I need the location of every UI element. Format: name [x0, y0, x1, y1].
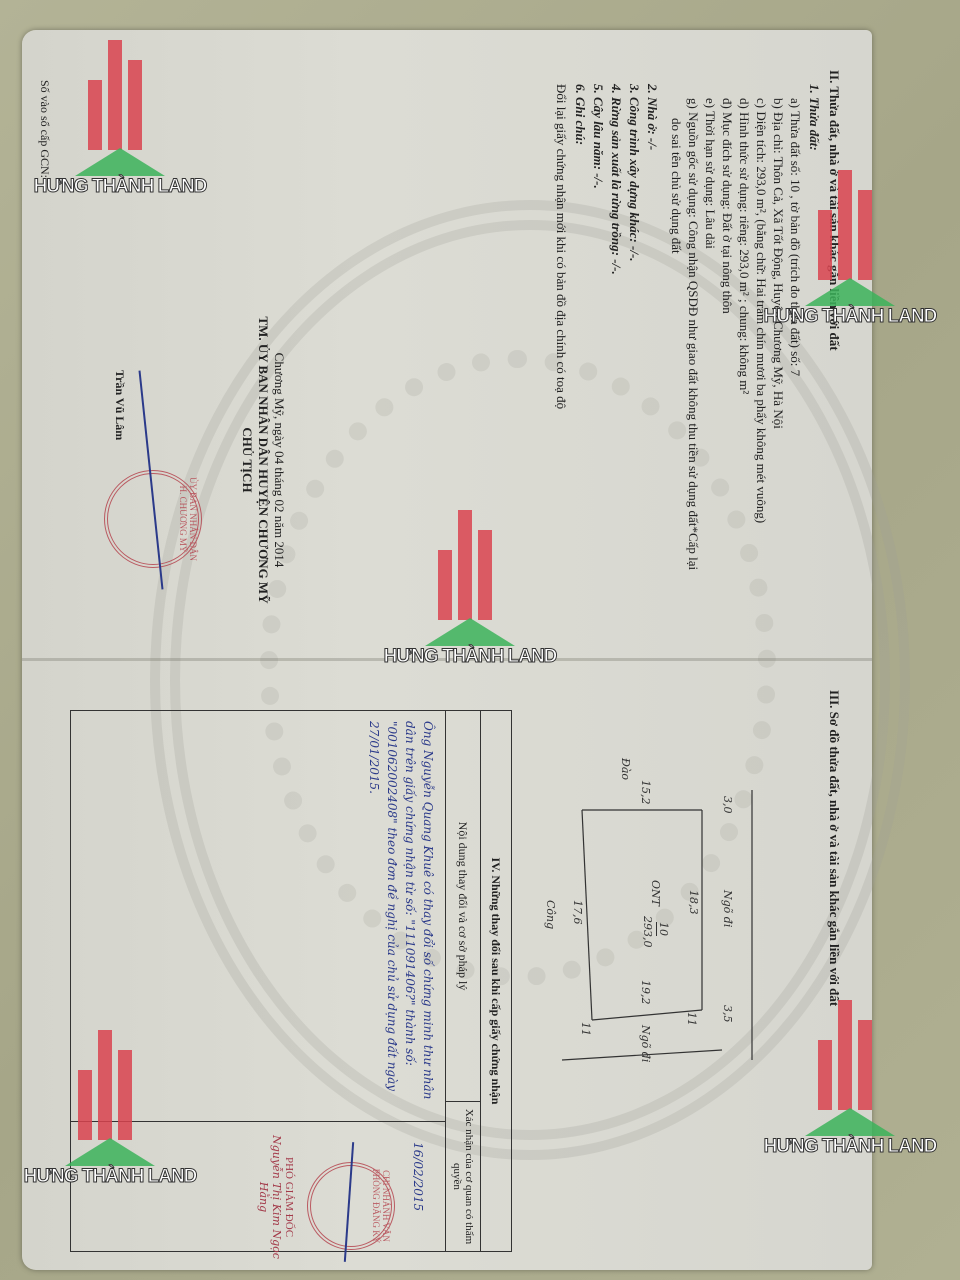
- parcel-lines: [562, 750, 782, 1070]
- usage-purpose: đ) Mục đích sử dụng: Đất ở tại nông thôn: [719, 70, 736, 630]
- signature-block: Chương Mỹ, ngày 04 tháng 02 năm 2014 TM.…: [239, 290, 287, 630]
- changes-table: IV. Những thay đổi sau khi cấp giấy chứn…: [70, 710, 512, 1252]
- section-3-4: III. Sơ đồ thửa đất, nhà ở và tài sản kh…: [52, 690, 842, 1250]
- issuing-org: TM. ỦY BAN NHÂN DÂN HUYỆN CHƯƠNG MỸ: [255, 290, 271, 630]
- section-3-title: III. Sơ đồ thửa đất, nhà ở và tài sản kh…: [826, 690, 842, 1250]
- signer-name: Trần Vũ Lâm: [112, 370, 127, 440]
- change-entry: Ông Nguyễn Quang Khuê có thay đổi số chứ…: [71, 711, 445, 1122]
- col-confirm-header: Xác nhận của cơ quan có thẩm quyền: [446, 1102, 480, 1251]
- edge-right: 19,2: [639, 980, 652, 1005]
- edge-top: 18,3: [687, 890, 700, 915]
- confirm-seal-text: CHI NHÁNH VĂN PHÒNG ĐĂNG KÝ: [371, 1169, 391, 1244]
- usage-form: d) Hình thức sử dụng: riêng: 293,0 m² ; …: [736, 70, 753, 630]
- neighbor-bottom: Công: [544, 900, 557, 929]
- road-width-left: 3,0: [721, 796, 734, 814]
- forest: 4. Rừng sản xuất là rừng trồng: -/-.: [608, 70, 624, 630]
- origin: g) Nguồn gốc sử dụng: Công nhận QSDĐ như…: [685, 70, 702, 630]
- usage-term: e) Thời hạn sử dụng: Lâu dài: [702, 70, 719, 630]
- corner-label-2: 11: [579, 1022, 592, 1036]
- confirmation-cell: 16/02/2015 CHI NHÁNH VĂN PHÒNG ĐĂNG KÝ P…: [71, 1122, 445, 1251]
- date-line: Chương Mỹ, ngày 04 tháng 02 năm 2014: [271, 290, 287, 630]
- road-width-right: 3,5: [721, 1005, 734, 1023]
- red-seal: ỦY BAN NHÂN DÂN H. CHƯƠNG MỸ: [104, 470, 202, 568]
- address: b) Địa chỉ: Thôn Cả, Xã Tốt Động, Huyện …: [770, 70, 787, 630]
- confirm-name: Nguyễn Thị Kim Ngọc Hằng: [257, 1132, 283, 1262]
- land-heading: 1. Thửa đất:: [806, 70, 822, 630]
- corner-label-1: 11: [685, 1012, 698, 1026]
- seal-text: ỦY BAN NHÂN DÂN H. CHƯƠNG MỸ: [178, 477, 198, 561]
- road-right: Ngõ đi: [639, 1025, 652, 1062]
- note: Đổi lại giấy chứng nhận mới khi có bản đ…: [553, 70, 570, 630]
- land-code: ONT: [649, 880, 662, 906]
- confirm-date: 16/02/2015: [411, 1142, 425, 1211]
- edge-left: 15,2: [639, 780, 652, 805]
- note-heading: 6. Ghi chú:: [572, 70, 588, 630]
- parcel-diagram: Ngõ đi 3,0 3,5 11 18,3 15,2 19,2 17,6 ON…: [562, 750, 782, 1070]
- section-4-title: IV. Những thay đổi sau khi cấp giấy chứn…: [480, 711, 511, 1251]
- section-2-title: II. Thửa đất, nhà ở và tài sản khác gắn …: [826, 70, 842, 630]
- parcel-number: a) Thửa đất số: 10 , tờ bản đồ (trích đo…: [787, 70, 804, 630]
- neighbor-left: Đào: [619, 758, 632, 780]
- other-works: 3. Công trình xây dựng khác: -/-.: [626, 70, 642, 630]
- section-2: II. Thửa đất, nhà ở và tài sản khác gắn …: [52, 70, 842, 630]
- parcel-no: 10: [656, 922, 670, 936]
- perennial: 5. Cây lâu năm: -/-.: [590, 70, 606, 630]
- parcel-area: 293,0: [641, 916, 654, 948]
- signer-position: CHỦ TỊCH: [239, 290, 255, 630]
- road-top: Ngõ đi: [721, 890, 734, 927]
- origin-cont: do sai tên chủ sử dụng đất: [668, 70, 685, 630]
- confirm-block: PHÓ GIÁM ĐỐC Nguyễn Thị Kim Ngọc Hằng: [257, 1132, 295, 1262]
- book-number-label: Số vào sổ cấp GCN:: [37, 80, 52, 178]
- certificate-sheet: II. Thửa đất, nhà ở và tài sản khác gắn …: [22, 30, 872, 1270]
- area: c) Diện tích: 293,0 m², (bằng chữ: Hai t…: [753, 70, 770, 630]
- col-changes-header: Nội dung thay đổi và cơ sở pháp lý: [446, 711, 480, 1102]
- confirm-title: PHÓ GIÁM ĐỐC: [283, 1132, 295, 1262]
- edge-bottom: 17,6: [571, 900, 584, 925]
- house: 2. Nhà ở: -/-: [644, 70, 660, 630]
